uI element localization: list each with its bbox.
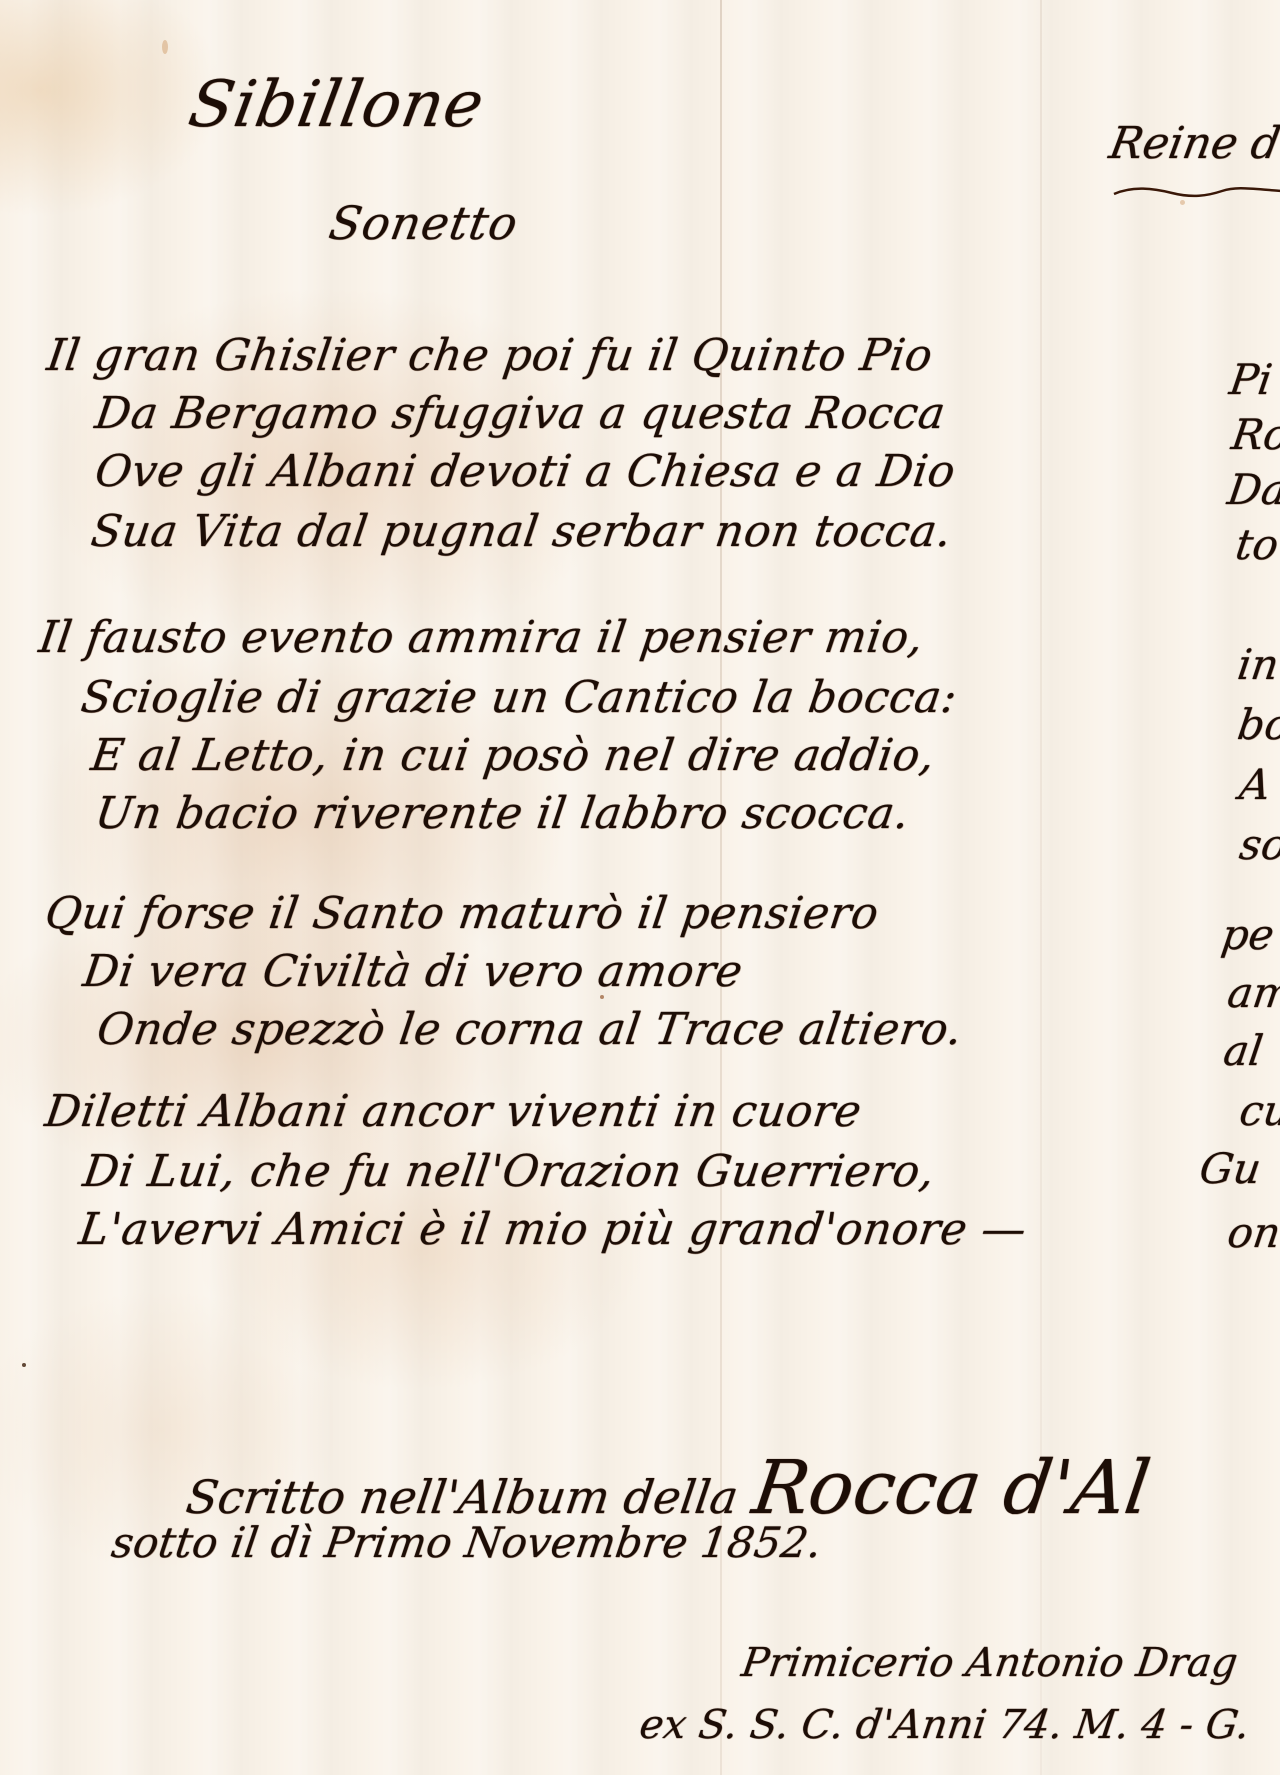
right-fragment: Da [1225, 465, 1280, 514]
manuscript-title: Sibillone [183, 68, 489, 142]
right-fragment: Ro [1229, 410, 1280, 459]
caption-prefix: Scritto nell'Album della [183, 1470, 742, 1524]
right-fragment: am [1225, 968, 1280, 1017]
ink-stain [162, 40, 168, 54]
stanza-3-line-2: Di vera Civiltà di vero amore [80, 946, 746, 997]
right-fragment: so [1237, 820, 1280, 869]
stanza-2-line-2: Scioglie di grazie un Cantico la bocca: [78, 672, 960, 723]
stanza-3-line-3: Onde spezzò le corna al Trace altiero. [94, 1004, 966, 1055]
stanza-4-line-3: L'avervi Amici è il mio più grand'onore … [76, 1204, 1030, 1255]
manuscript-subtitle: Sonetto [325, 196, 522, 250]
stanza-2-line-1: Il fausto evento ammira il pensier mio, [36, 612, 927, 663]
right-fragment: pe [1219, 910, 1278, 959]
ink-dot [22, 1363, 26, 1367]
decorative-flourish-rule [1112, 184, 1280, 198]
stanza-3-line-1: Qui forse il Santo maturò il pensiero [42, 888, 882, 939]
stanza-1-line-1: Il gran Ghislier che poi fu il Quinto Pi… [44, 330, 936, 381]
signature-line-2: ex S. S. C. d'Anni 74. M. 4 - G. [637, 1702, 1253, 1748]
stanza-2-line-3: E al Letto, in cui posò nel dire addio, [88, 730, 938, 781]
right-fragment: in [1235, 640, 1280, 689]
stanza-1-line-4: Sua Vita dal pugnal serbar non tocca. [88, 506, 955, 557]
stanza-2-line-4: Un bacio riverente il labbro scocca. [92, 788, 913, 839]
right-fragment: bo [1235, 700, 1280, 749]
right-fragment: on [1225, 1208, 1280, 1257]
right-fragment: Gu [1197, 1144, 1264, 1193]
album-caption-line-2: sotto il dì Primo Novembre 1852. [109, 1518, 825, 1567]
right-page-heading: Reine d [1106, 118, 1280, 169]
ink-stain [1180, 200, 1185, 205]
stanza-4-line-1: Diletti Albani ancor viventi in cuore [42, 1086, 865, 1137]
right-fragment: Pi [1227, 355, 1276, 404]
stanza-1-line-2: Da Bergamo sfuggiva a questa Rocca [92, 388, 949, 439]
stanza-4-line-2: Di Lui, che fu nell'Orazion Guerriero, [80, 1146, 938, 1197]
stanza-1-line-3: Ove gli Albani devoti a Chiesa e a Dio [92, 446, 959, 497]
right-fragment: al [1221, 1026, 1266, 1075]
right-fragment: cu [1237, 1086, 1280, 1135]
right-fragment: to [1233, 520, 1280, 569]
signature-line-1: Primicerio Antonio Drag [739, 1640, 1241, 1686]
